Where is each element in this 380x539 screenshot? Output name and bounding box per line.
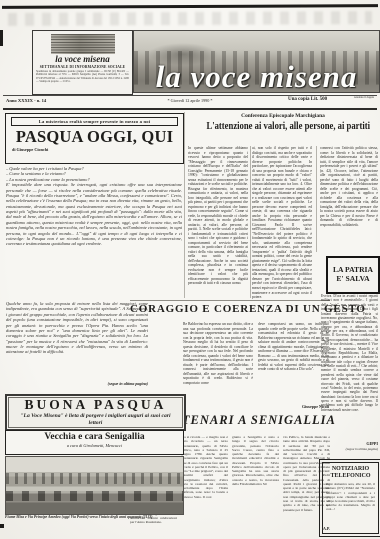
coraggio-column-1: Re Baldovino ha espresso un suo diritto,… — [183, 322, 253, 408]
pasqua-kicker: La misteriosa realtà sempre presente in … — [11, 117, 178, 126]
issue-number: Anno XXXIX - n. 14 — [6, 98, 46, 103]
pasqua-byline: di Giuseppe Cionchi — [6, 147, 183, 152]
bicentenari-column-4: vio Pellico, la banda musicale e tante a… — [283, 435, 330, 536]
masthead-box-subtitle: SETTIMANALE DI INFORMAZIONE SOCIALE — [33, 65, 132, 69]
pasqua-body: – Quale valore ha per i cristiani la Pas… — [6, 166, 182, 299]
pasqua-headline: PASQUA OGGI, QUI — [6, 128, 183, 146]
notiziario-title-line1: NOTIZIARIO — [323, 466, 378, 473]
conferenza-kicker: Conferenza Episcopale Marchigiana — [188, 113, 378, 119]
scan-mark-bottom-left — [0, 524, 4, 528]
pasqua-continuation-note: (segue in ultima pagina) — [58, 381, 148, 386]
dateline-rule-top — [3, 95, 377, 96]
notiziario-box: NOTIZIARIO TELEFONICO Ogni domenica sera… — [322, 462, 379, 534]
buona-pasqua-headline: BUONA PASQUA — [7, 398, 184, 413]
bicentenari-column-3: giunto a Senigallia è stato a lungo il s… — [232, 435, 279, 536]
pasqua-headline-box: La misteriosa realtà sempre presente in … — [5, 113, 184, 164]
vecchia-byline: a cura di Girolametti, Mencucci — [6, 443, 183, 448]
vecchia-photo-caption: Fiume Misa e Via Principe Amedeo (oggi V… — [5, 515, 182, 520]
buona-pasqua-message: "La Voce Misena" è lieta di porgere i mi… — [7, 413, 184, 427]
coraggio-column-2: deve comportarsi un uomo, un individuo q… — [258, 322, 329, 402]
bicentenari-signature: A.P. — [296, 526, 330, 531]
masthead-colophon: Spedizione in abbonamento postale gruppo… — [33, 69, 132, 84]
masthead-info-box: la voce misena SETTIMANALE DI INFORMAZIO… — [32, 30, 133, 95]
dateline-rule-bottom — [3, 108, 377, 110]
patria-headline-box: LA PATRIA E' SALVA — [326, 256, 380, 294]
conferenza-headline: L'attenzione ai valori, alle persone, ai… — [186, 120, 378, 132]
top-border-line — [2, 4, 378, 9]
coraggio-headline: CORAGGIO E COERENZA DI UN GESTO — [130, 303, 330, 315]
scan-mark-left — [0, 30, 3, 46]
showthrough-strip — [8, 11, 372, 26]
newspaper-title: la voce misena — [134, 61, 379, 92]
vecchia-headline-box: Vecchia e cara Senigallia a cura di Giro… — [5, 430, 184, 455]
price-label: Una copia Lit. 500 — [288, 97, 327, 102]
buona-pasqua-box: BUONA PASQUA "La Voce Misena" è lieta di… — [5, 394, 186, 431]
masthead-box-title: la voce misena — [33, 55, 132, 64]
issue-date: * Giovedì 12 aprile 1990 * — [130, 98, 250, 103]
masthead-etching-image — [51, 34, 115, 54]
column-rule — [184, 112, 185, 298]
pasqua-body-text: E' impossibile dare una risposta. Se int… — [6, 182, 182, 247]
notiziario-title-line2: TELEFONICO — [323, 473, 378, 480]
conferenza-column-1: In queste ultime settimane abbiamo ricev… — [188, 146, 248, 300]
vecchia-headline: Vecchia e cara Senigallia — [6, 432, 183, 443]
conferenza-headline-text: L'attenzione ai valori, alle persone, ai… — [206, 120, 370, 132]
coraggio-rule — [130, 300, 330, 301]
pasqua-body-continued: Qualche anno fa, la sola proposta di ent… — [6, 301, 148, 378]
bicentenari-column-2: Ma si ricorda — e meglio non è stato ric… — [181, 435, 228, 536]
masthead-panorama-photo: la voce misena — [133, 30, 380, 93]
newspaper-front-page: la voce misena SETTIMANALE DI INFORMAZIO… — [0, 0, 380, 539]
notiziario-body: Ogni domenica sera, alle ore 20, il nume… — [323, 480, 378, 513]
conferenza-column-3: connessi con l'attività politica stessa,… — [320, 146, 378, 253]
conferenza-column-2: ai, non solo il rispetto per tutti e il … — [252, 146, 312, 300]
column-rule — [316, 146, 317, 252]
patria-headline-line2: E' SALVA — [328, 275, 378, 284]
column-rule — [250, 146, 251, 298]
vecchia-canal-photo — [5, 456, 184, 515]
price-note: Arretrato il doppio — [352, 96, 376, 99]
